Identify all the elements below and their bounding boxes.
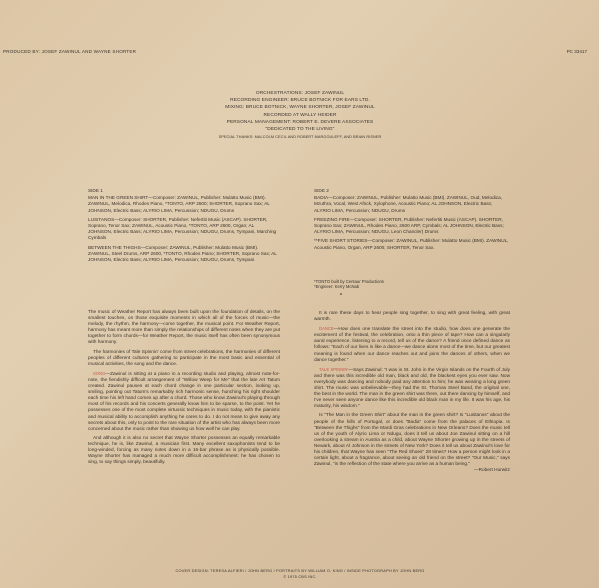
essay-paragraph: The music of Weather Report has always b… <box>88 310 280 347</box>
design-credits: COVER DESIGN: TERESA ALFIERI / JOHN BERG… <box>140 568 460 574</box>
side-2-tracklist: SIDE 2 BADIA—Composer: ZAWINUL, Publishe… <box>314 188 510 254</box>
essay-paragraph: It is rare these days to hear people sin… <box>314 311 510 323</box>
producer-credit: PRODUCED BY: JOSEF ZAWINUL AND WAYNE SHO… <box>3 49 136 54</box>
footnote: *Engineer: Kerry McNab <box>314 284 510 289</box>
essay-paragraph: TALE SPINNIN'—Says Zawinul: "I was in St… <box>314 367 510 411</box>
side-1-tracklist: SIDE 1 MAN IN THE GREEN SHIRT—Composer: … <box>88 188 278 266</box>
side-heading: SIDE 2 <box>314 188 510 194</box>
liner-notes-left: The music of Weather Report has always b… <box>88 310 280 469</box>
album-back-cover: PRODUCED BY: JOSEF ZAWINUL AND WAYNE SHO… <box>0 0 599 588</box>
essay-paragraph: Is "The Man in the Green Shirt" about th… <box>314 413 510 474</box>
credit-line: "DEDICATED TO THE LIVING" <box>150 126 450 133</box>
credit-line: ORCHESTRATIONS: JOSEF ZAWINUL <box>150 90 450 97</box>
section-lead: SONG <box>93 371 105 376</box>
track-entry: LUSITANOS—Composer: SHORTER, Publisher: … <box>88 217 278 242</box>
footnotes: *TONTO built by Centaur Productions *Eng… <box>314 279 510 290</box>
track-entry: MAN IN THE GREEN SHIRT—Composer: ZAWINUL… <box>88 195 278 214</box>
catalog-number: PC 33417 <box>567 49 587 54</box>
special-thanks: SPECIAL THANKS: MALCOLM CECIL AND ROBERT… <box>150 134 450 141</box>
track-entry: BADIA—Composer: ZAWINUL, Publisher: Mula… <box>314 195 510 214</box>
paper-speck <box>340 293 342 295</box>
track-entry: **FIVE SHORT STORIES—Composer: ZAWINUL, … <box>314 238 510 250</box>
track-entry: FREEZING FIRE—Composer: SHORTER, Publish… <box>314 217 510 236</box>
credit-line: MIXING: BRUCE BOTNICK, WAYNE SHORTER, JO… <box>150 104 450 111</box>
essay-paragraph: The harmonies of Tale Spinnin' come from… <box>88 350 280 368</box>
footer-credits: COVER DESIGN: TERESA ALFIERI / JOHN BERG… <box>140 568 460 579</box>
author-signature: —Robert Hurwitz <box>314 468 510 474</box>
side-heading: SIDE 1 <box>88 188 278 194</box>
essay-paragraph: SONG—Zawinul is sitting at a piano in a … <box>88 371 280 433</box>
production-credits: ORCHESTRATIONS: JOSEF ZAWINUL RECORDING … <box>150 90 450 141</box>
credit-line: PERSONAL MANAGEMENT: ROBERT E. DEVERE AS… <box>150 119 450 126</box>
credit-line: RECORDED AT WALLY HEIDER <box>150 112 450 119</box>
liner-notes-right: It is rare these days to hear people sin… <box>314 311 510 477</box>
section-lead: DANCE <box>319 326 334 331</box>
section-lead: TALE SPINNIN' <box>319 367 348 372</box>
credit-line: RECORDING ENGINEER: BRUCE BOTNICK FOR EA… <box>150 97 450 104</box>
essay-paragraph: And although it is also no secret that W… <box>88 436 280 466</box>
track-entry: BETWEEN THE THIGHS—Composer: ZAWINUL, Pu… <box>88 245 278 264</box>
essay-paragraph: DANCE—How does one translate the street … <box>314 326 510 364</box>
copyright: © 1975 CBS INC. <box>140 574 460 580</box>
